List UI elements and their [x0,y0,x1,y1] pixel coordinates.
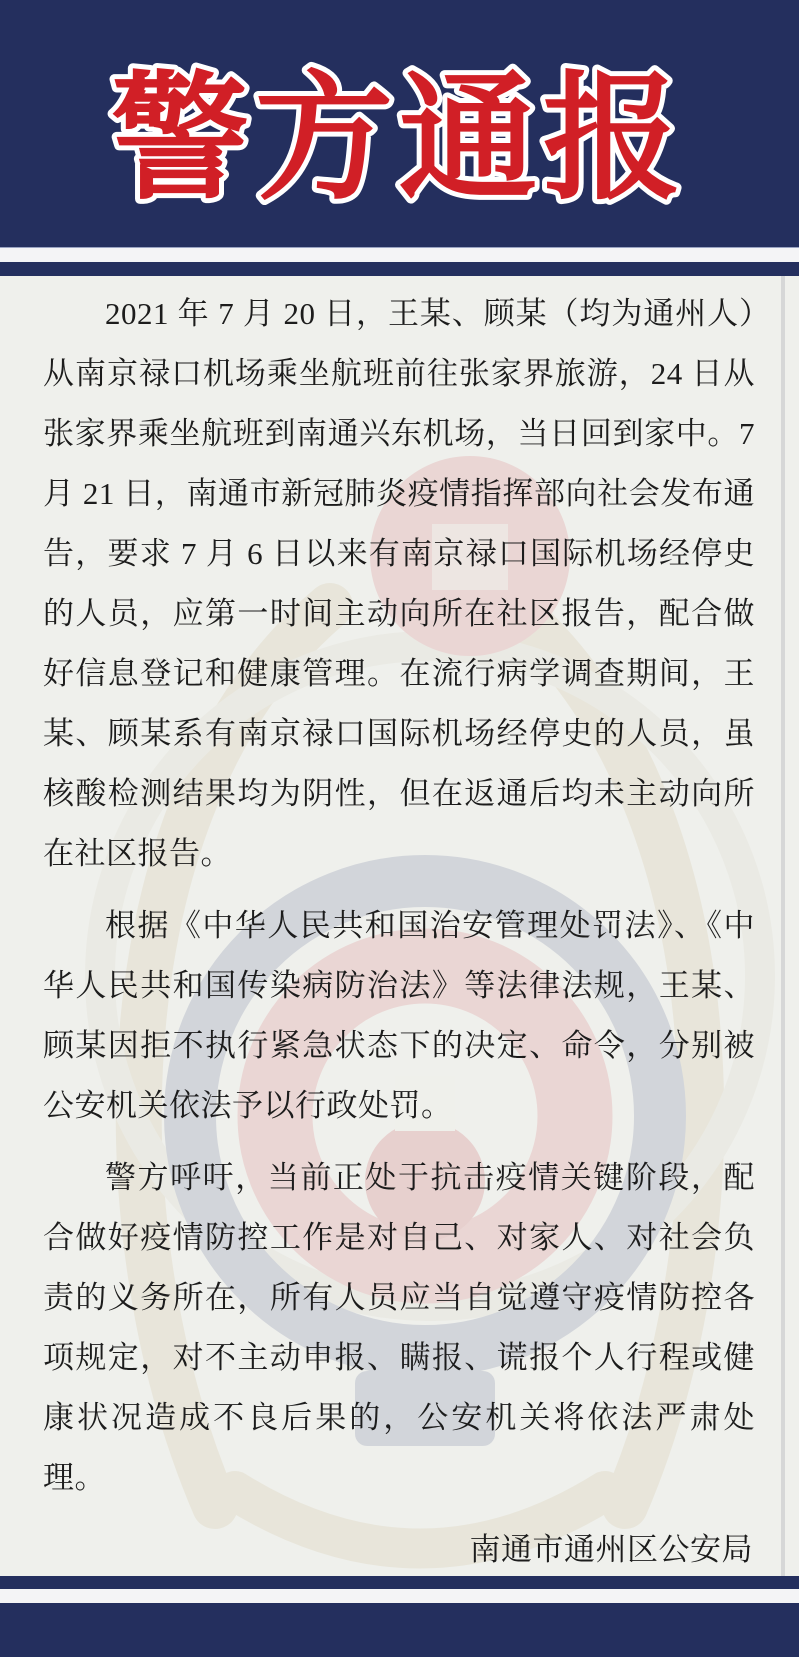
top-navy-stripe [0,262,799,276]
issuer-signature: 南通市通州区公安局 [43,1520,755,1576]
bottom-navy-stripe [0,1576,799,1589]
bottom-white-stripe [0,1589,799,1603]
notice-title: 警方通报 [111,63,687,216]
notice-body: 2021 年 7 月 20 日，王某、顾某（均为通州人）从南京禄口机场乘坐航班前… [0,276,799,1576]
right-edge-shade [781,276,785,1576]
notice-paragraph-2: 根据《中华人民共和国治安管理处罚法》、《中华人民共和国传染病防治法》等法律法规，… [43,896,755,1136]
top-white-stripe [0,247,799,262]
notice-content: 2021 年 7 月 20 日，王某、顾某（均为通州人）从南京禄口机场乘坐航班前… [43,284,755,1576]
notice-paragraph-3: 警方呼吁，当前正处于抗击疫情关键阶段，配合做好疫情防控工作是对自己、对家人、对社… [43,1148,755,1508]
notice-paragraph-1: 2021 年 7 月 20 日，王某、顾某（均为通州人）从南京禄口机场乘坐航班前… [43,284,755,884]
police-notice-poster: 警方通报 [0,0,799,1657]
footer-band [0,1603,799,1657]
title-graphic: 警方通报 [0,0,799,247]
header-band: 警方通报 [0,0,799,247]
